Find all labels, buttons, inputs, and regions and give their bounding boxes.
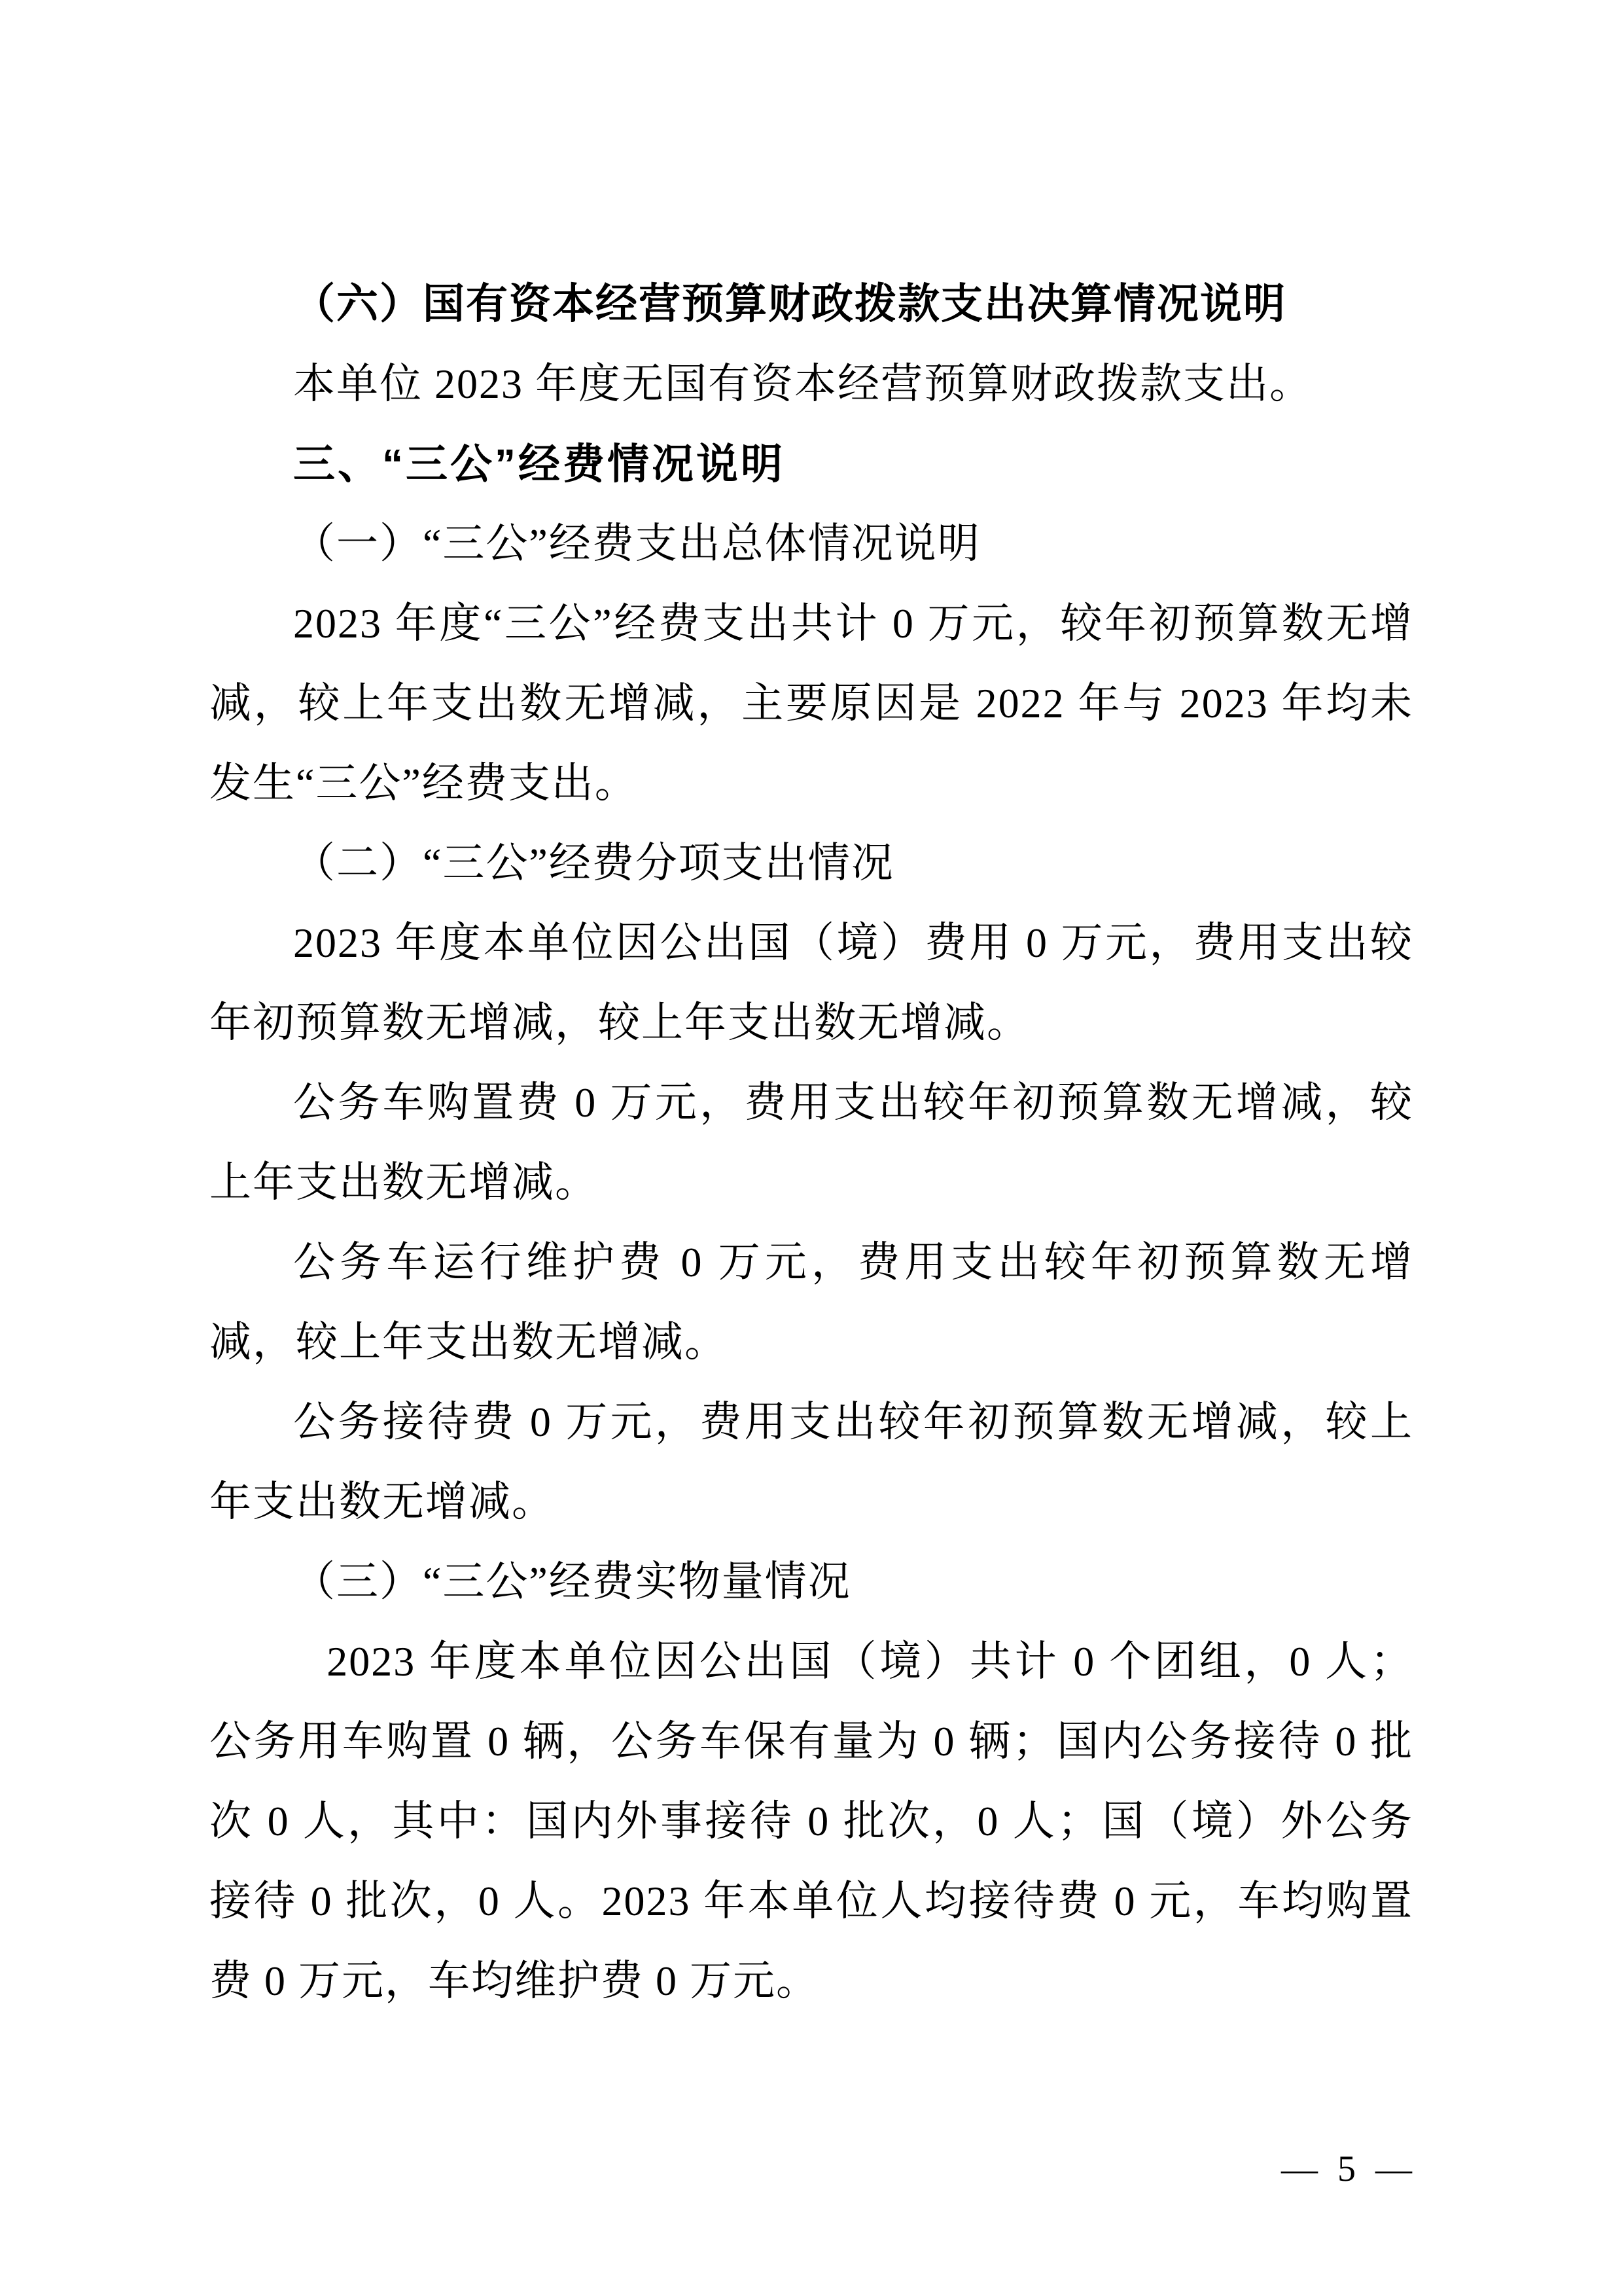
page-number: — 5 — — [1281, 2148, 1417, 2190]
document-body: （六）国有资本经营预算财政拨款支出决算情况说明 本单位 2023 年度无国有资本… — [209, 264, 1413, 2021]
heading-sub-3: （三）“三公”经费实物量情况 — [209, 1542, 1413, 1622]
paragraph-vehicle-purchase-expense: 公务车购置费 0 万元，费用支出较年初预算数无增减，较上年支出数无增减。 — [209, 1063, 1413, 1223]
paragraph-abroad-expense: 2023 年度本单位因公出国（境）费用 0 万元，费用支出较年初预算数无增减，较… — [209, 903, 1413, 1063]
paragraph-overall-expense: 2023 年度“三公”经费支出共计 0 万元，较年初预算数无增减，较上年支出数无… — [209, 584, 1413, 823]
heading-sub-2: （二）“三公”经费分项支出情况 — [209, 823, 1413, 903]
paragraph-physical-quantity: 2023 年度本单位因公出国（境）共计 0 个团组，0 人；公务用车购置 0 辆… — [209, 1622, 1413, 2021]
paragraph-no-state-capital-expense: 本单位 2023 年度无国有资本经营预算财政拨款支出。 — [209, 344, 1413, 424]
paragraph-vehicle-maintenance-expense: 公务车运行维护费 0 万元，费用支出较年初预算数无增减，较上年支出数无增减。 — [209, 1223, 1413, 1382]
paragraph-reception-expense: 公务接待费 0 万元，费用支出较年初预算数无增减，较上年支出数无增减。 — [209, 1382, 1413, 1542]
heading-section-6: （六）国有资本经营预算财政拨款支出决算情况说明 — [209, 264, 1413, 344]
document-page: （六）国有资本经营预算财政拨款支出决算情况说明 本单位 2023 年度无国有资本… — [0, 0, 1624, 2296]
heading-chapter-3: 三、“三公”经费情况说明 — [209, 424, 1413, 504]
heading-sub-1: （一）“三公”经费支出总体情况说明 — [209, 504, 1413, 584]
